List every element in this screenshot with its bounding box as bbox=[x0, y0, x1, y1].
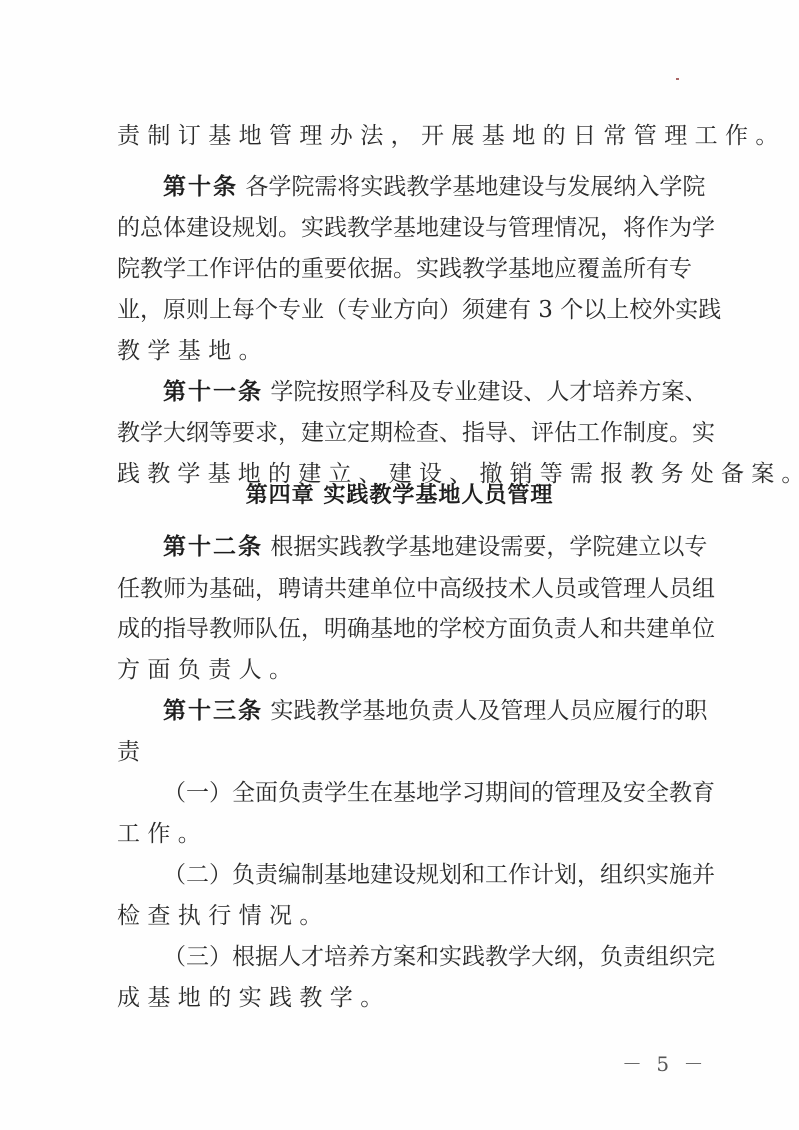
article-10-line: 的总体建设规划。实践教学基地建设与管理情况，将作为学 bbox=[117, 213, 673, 243]
article-10-text: 各学院需将实践教学基地建设与发展纳入学院 bbox=[245, 174, 705, 200]
article-13-item-3: （三）根据人才培养方案和实践教学大纲，负责组织完 bbox=[163, 942, 673, 972]
article-10-line: 教学基地。 bbox=[117, 336, 677, 366]
article-10-first-line: 第十条 各学院需将实践教学基地建设与发展纳入学院 bbox=[163, 172, 673, 202]
article-12-line: 成的指导教师队伍，明确基地的学校方面负责人和共建单位 bbox=[117, 614, 673, 644]
article-10-label: 第十条 bbox=[163, 174, 238, 200]
article-10-line: 院教学工作评估的重要依据。实践教学基地应覆盖所有专 bbox=[117, 254, 673, 284]
article-12-first-line: 第十二条 根据实践教学基地建设需要，学院建立以专 bbox=[163, 532, 673, 562]
article-11-text: 学院按照学科及专业建设、人才培养方案、 bbox=[270, 379, 707, 405]
chapter-heading: 第四章 实践教学基地人员管理 bbox=[0, 481, 799, 511]
article-13-first-line: 第十三条 实践教学基地负责人及管理人员应履行的职 bbox=[163, 696, 673, 726]
article-11-label: 第十一条 bbox=[163, 379, 263, 405]
article-12-line: 任教师为基础，聘请共建单位中高级技术人员或管理人员组 bbox=[117, 574, 673, 604]
article-13-label: 第十三条 bbox=[163, 698, 263, 724]
page-number: － 5 － bbox=[622, 1048, 707, 1077]
article-13-line: 责 bbox=[117, 737, 677, 767]
continuation-line: 责制订基地管理办法，开展基地的日常管理工作。 bbox=[117, 121, 677, 151]
article-13-item-1-cont: 工作。 bbox=[117, 819, 677, 849]
scan-speck bbox=[676, 78, 679, 80]
article-13-item-1: （一）全面负责学生在基地学习期间的管理及安全教育 bbox=[163, 778, 673, 808]
article-13-text: 实践教学基地负责人及管理人员应履行的职 bbox=[270, 698, 707, 724]
article-12-line: 方面负责人。 bbox=[117, 655, 677, 685]
article-10-line: 业，原则上每个专业（专业方向）须建有 3 个以上校外实践 bbox=[117, 295, 673, 325]
article-11-first-line: 第十一条 学院按照学科及专业建设、人才培养方案、 bbox=[163, 377, 673, 407]
article-12-label: 第十二条 bbox=[163, 534, 263, 560]
article-13-item-2: （二）负责编制基地建设规划和工作计划，组织实施并 bbox=[163, 860, 673, 890]
document-page: 责制订基地管理办法，开展基地的日常管理工作。 第十条 各学院需将实践教学基地建设… bbox=[0, 0, 799, 1130]
article-12-text: 根据实践教学基地建设需要，学院建立以专 bbox=[270, 534, 707, 560]
article-11-line: 教学大纲等要求，建立定期检查、指导、评估工作制度。实 bbox=[117, 418, 673, 448]
article-13-item-2-cont: 检查执行情况。 bbox=[117, 901, 677, 931]
article-13-item-3-cont: 成基地的实践教学。 bbox=[117, 983, 677, 1013]
